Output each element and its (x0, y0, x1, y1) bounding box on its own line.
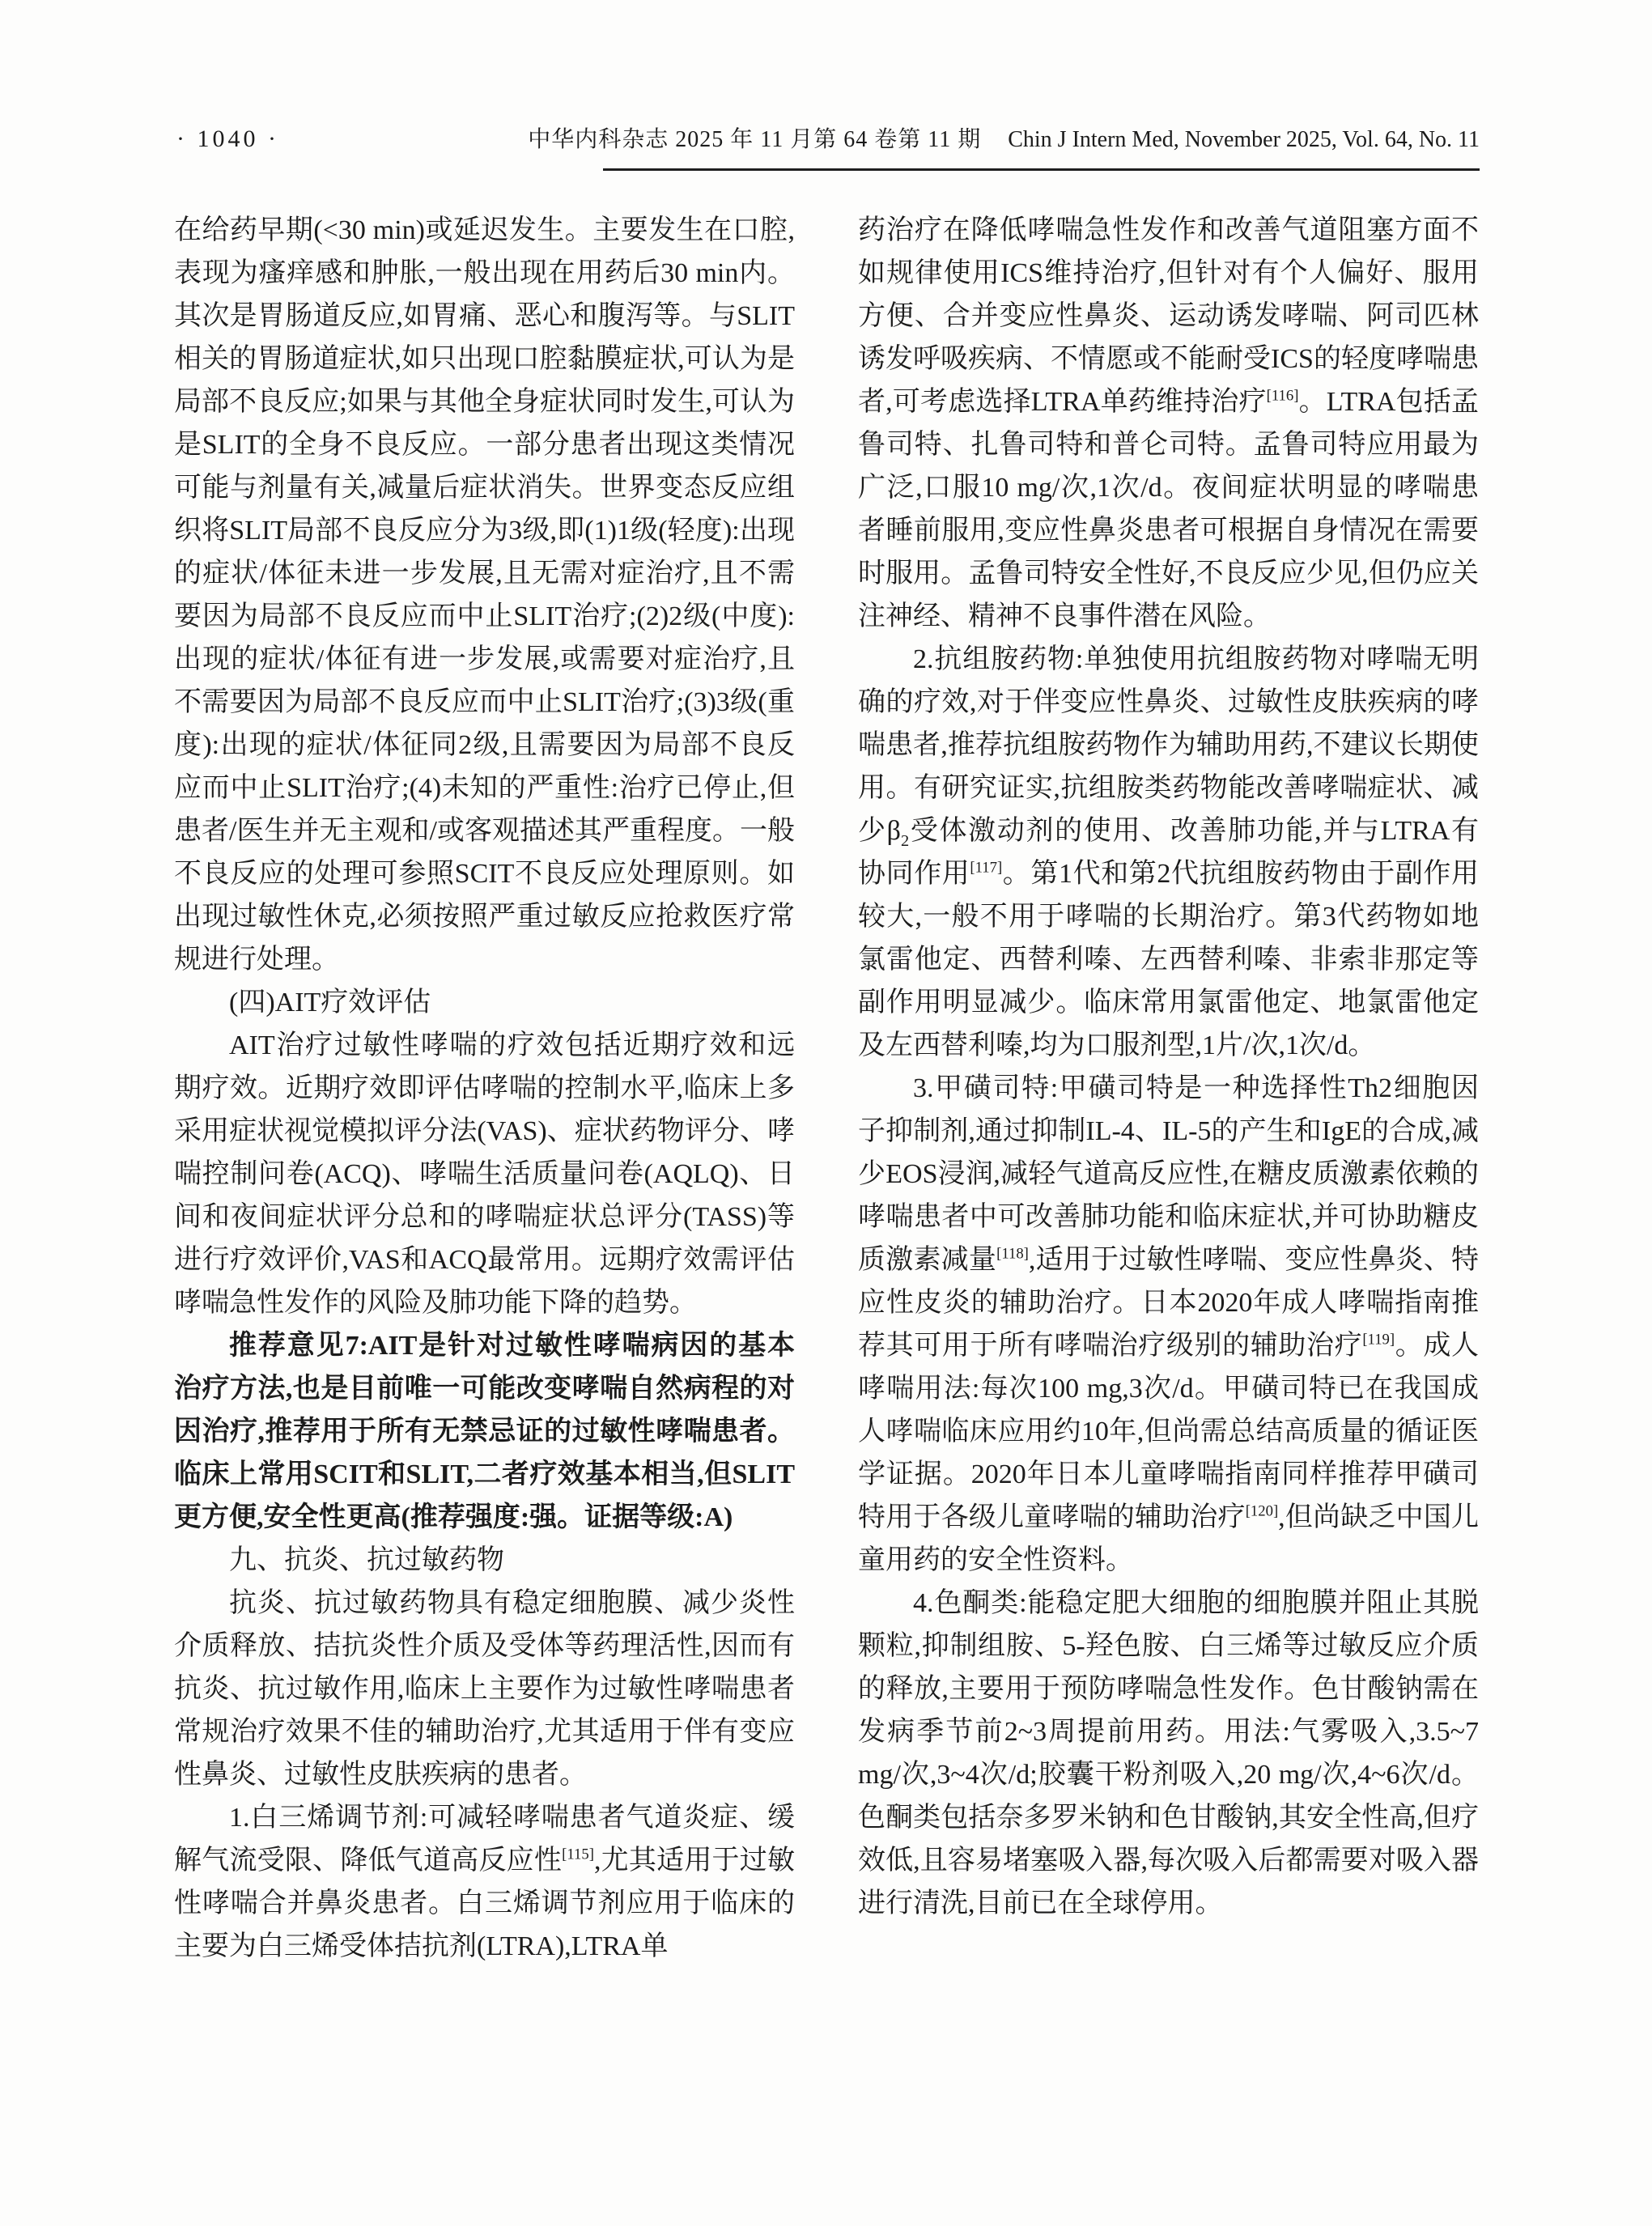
paragraph-suplatast: 3.甲磺司特:甲磺司特是一种选择性Th2细胞因子抑制剂,通过抑制IL-4、IL-… (858, 1067, 1479, 1582)
section-heading-anti-inflammatory-antiallergic-drugs: 九、抗炎、抗过敏药物 (174, 1539, 795, 1582)
left-column: 在给药早期(<30 min)或延迟发生。主要发生在口腔,表现为瘙痒感和肿胀,一般… (174, 209, 795, 1968)
recommendation-7: 推荐意见7:AIT是针对过敏性哮喘病因的基本治疗方法,也是目前唯一可能改变哮喘自… (174, 1324, 795, 1539)
paragraph: 在给药早期(<30 min)或延迟发生。主要发生在口腔,表现为瘙痒感和肿胀,一般… (174, 209, 795, 981)
journal-citation-chinese: 中华内科杂志 2025 年 11 月第 64 卷第 11 期 (528, 127, 981, 152)
right-column: 药治疗在降低哮喘急性发作和改善气道阻塞方面不如规律使用ICS维持治疗,但针对有个… (858, 209, 1479, 1968)
journal-page: · 1040 · 中华内科杂志 2025 年 11 月第 64 卷第 11 期 … (0, 0, 1652, 2226)
journal-citation-english: Chin J Intern Med, November 2025, Vol. 6… (1008, 127, 1480, 152)
page-number: · 1040 · (176, 125, 279, 153)
header-rule (603, 168, 1480, 171)
paragraph: 抗炎、抗过敏药物具有稳定细胞膜、减少炎性介质释放、拮抗炎性介质及受体等药理活性,… (174, 1582, 795, 1796)
paragraph: 药治疗在降低哮喘急性发作和改善气道阻塞方面不如规律使用ICS维持治疗,但针对有个… (858, 209, 1479, 638)
paragraph: AIT治疗过敏性哮喘的疗效包括近期疗效和远期疗效。近期疗效即评估哮喘的控制水平,… (174, 1024, 795, 1324)
paragraph-antihistamines: 2.抗组胺药物:单独使用抗组胺药物对哮喘无明确的疗效,对于伴变应性鼻炎、过敏性皮… (858, 638, 1479, 1067)
paragraph-leukotriene-modifiers: 1.白三烯调节剂:可减轻哮喘患者气道炎症、缓解气流受限、降低气道高反应性[115… (174, 1796, 795, 1968)
paragraph-chromones: 4.色酮类:能稳定肥大细胞的细胞膜并阻止其脱颗粒,抑制组胺、5-羟色胺、白三烯等… (858, 1582, 1479, 1925)
page-header: · 1040 · 中华内科杂志 2025 年 11 月第 64 卷第 11 期 … (176, 121, 1480, 154)
article-body: 在给药早期(<30 min)或延迟发生。主要发生在口腔,表现为瘙痒感和肿胀,一般… (174, 209, 1480, 1968)
subsection-heading-ait-efficacy-evaluation: (四)AIT疗效评估 (174, 981, 795, 1024)
journal-citation: 中华内科杂志 2025 年 11 月第 64 卷第 11 期 Chin J In… (528, 121, 1480, 154)
